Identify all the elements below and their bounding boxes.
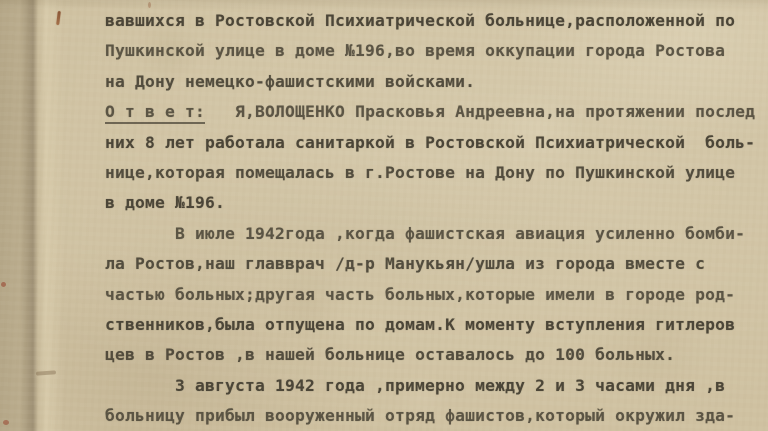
text-line: в доме №196. — [105, 188, 768, 218]
document-scan: вавшихся в Ростовской Психиатрической бо… — [0, 0, 768, 431]
answer-label-underlined: О т в е т: — [105, 102, 205, 124]
text-line: больницу прибыл вооруженный отряд фашист… — [105, 401, 768, 431]
paper-fold-edge — [0, 0, 64, 431]
text-line: на Дону немецко-фашистскими войсками. — [105, 67, 768, 97]
text-line: цев в Ростов ,в нашей больнице оставалос… — [105, 340, 768, 370]
paper-speck — [3, 420, 9, 425]
pen-mark — [56, 11, 60, 25]
paper-speck — [1, 282, 6, 287]
text-line: Пушкинской улице в доме №196,во время ок… — [105, 36, 768, 66]
text-line: 3 августа 1942 года ,примерно между 2 и … — [105, 371, 768, 401]
text-line: нице,которая помещалась в г.Ростове на Д… — [105, 158, 768, 188]
text-line: ственников,была отпущена по домам.К моме… — [105, 310, 768, 340]
text-line: вавшихся в Ростовской Психиатрической бо… — [105, 6, 768, 36]
text-line: них 8 лет работала санитаркой в Ростовск… — [105, 128, 768, 158]
text-line: частью больных;другая часть больных,кото… — [105, 280, 768, 310]
text-line: В июле 1942года ,когда фашистская авиаци… — [105, 219, 768, 249]
text-line: О т в е т: Я,ВОЛОЩЕНКО Прасковья Андреев… — [105, 97, 768, 127]
typewritten-text-block: вавшихся в Ростовской Психиатрической бо… — [105, 6, 768, 431]
text-line-content: Я,ВОЛОЩЕНКО Прасковья Андреевна,на протя… — [205, 102, 755, 121]
ink-smudge — [36, 370, 56, 375]
text-line: ла Ростов,наш главврач /д-р Манукьян/ушл… — [105, 249, 768, 279]
